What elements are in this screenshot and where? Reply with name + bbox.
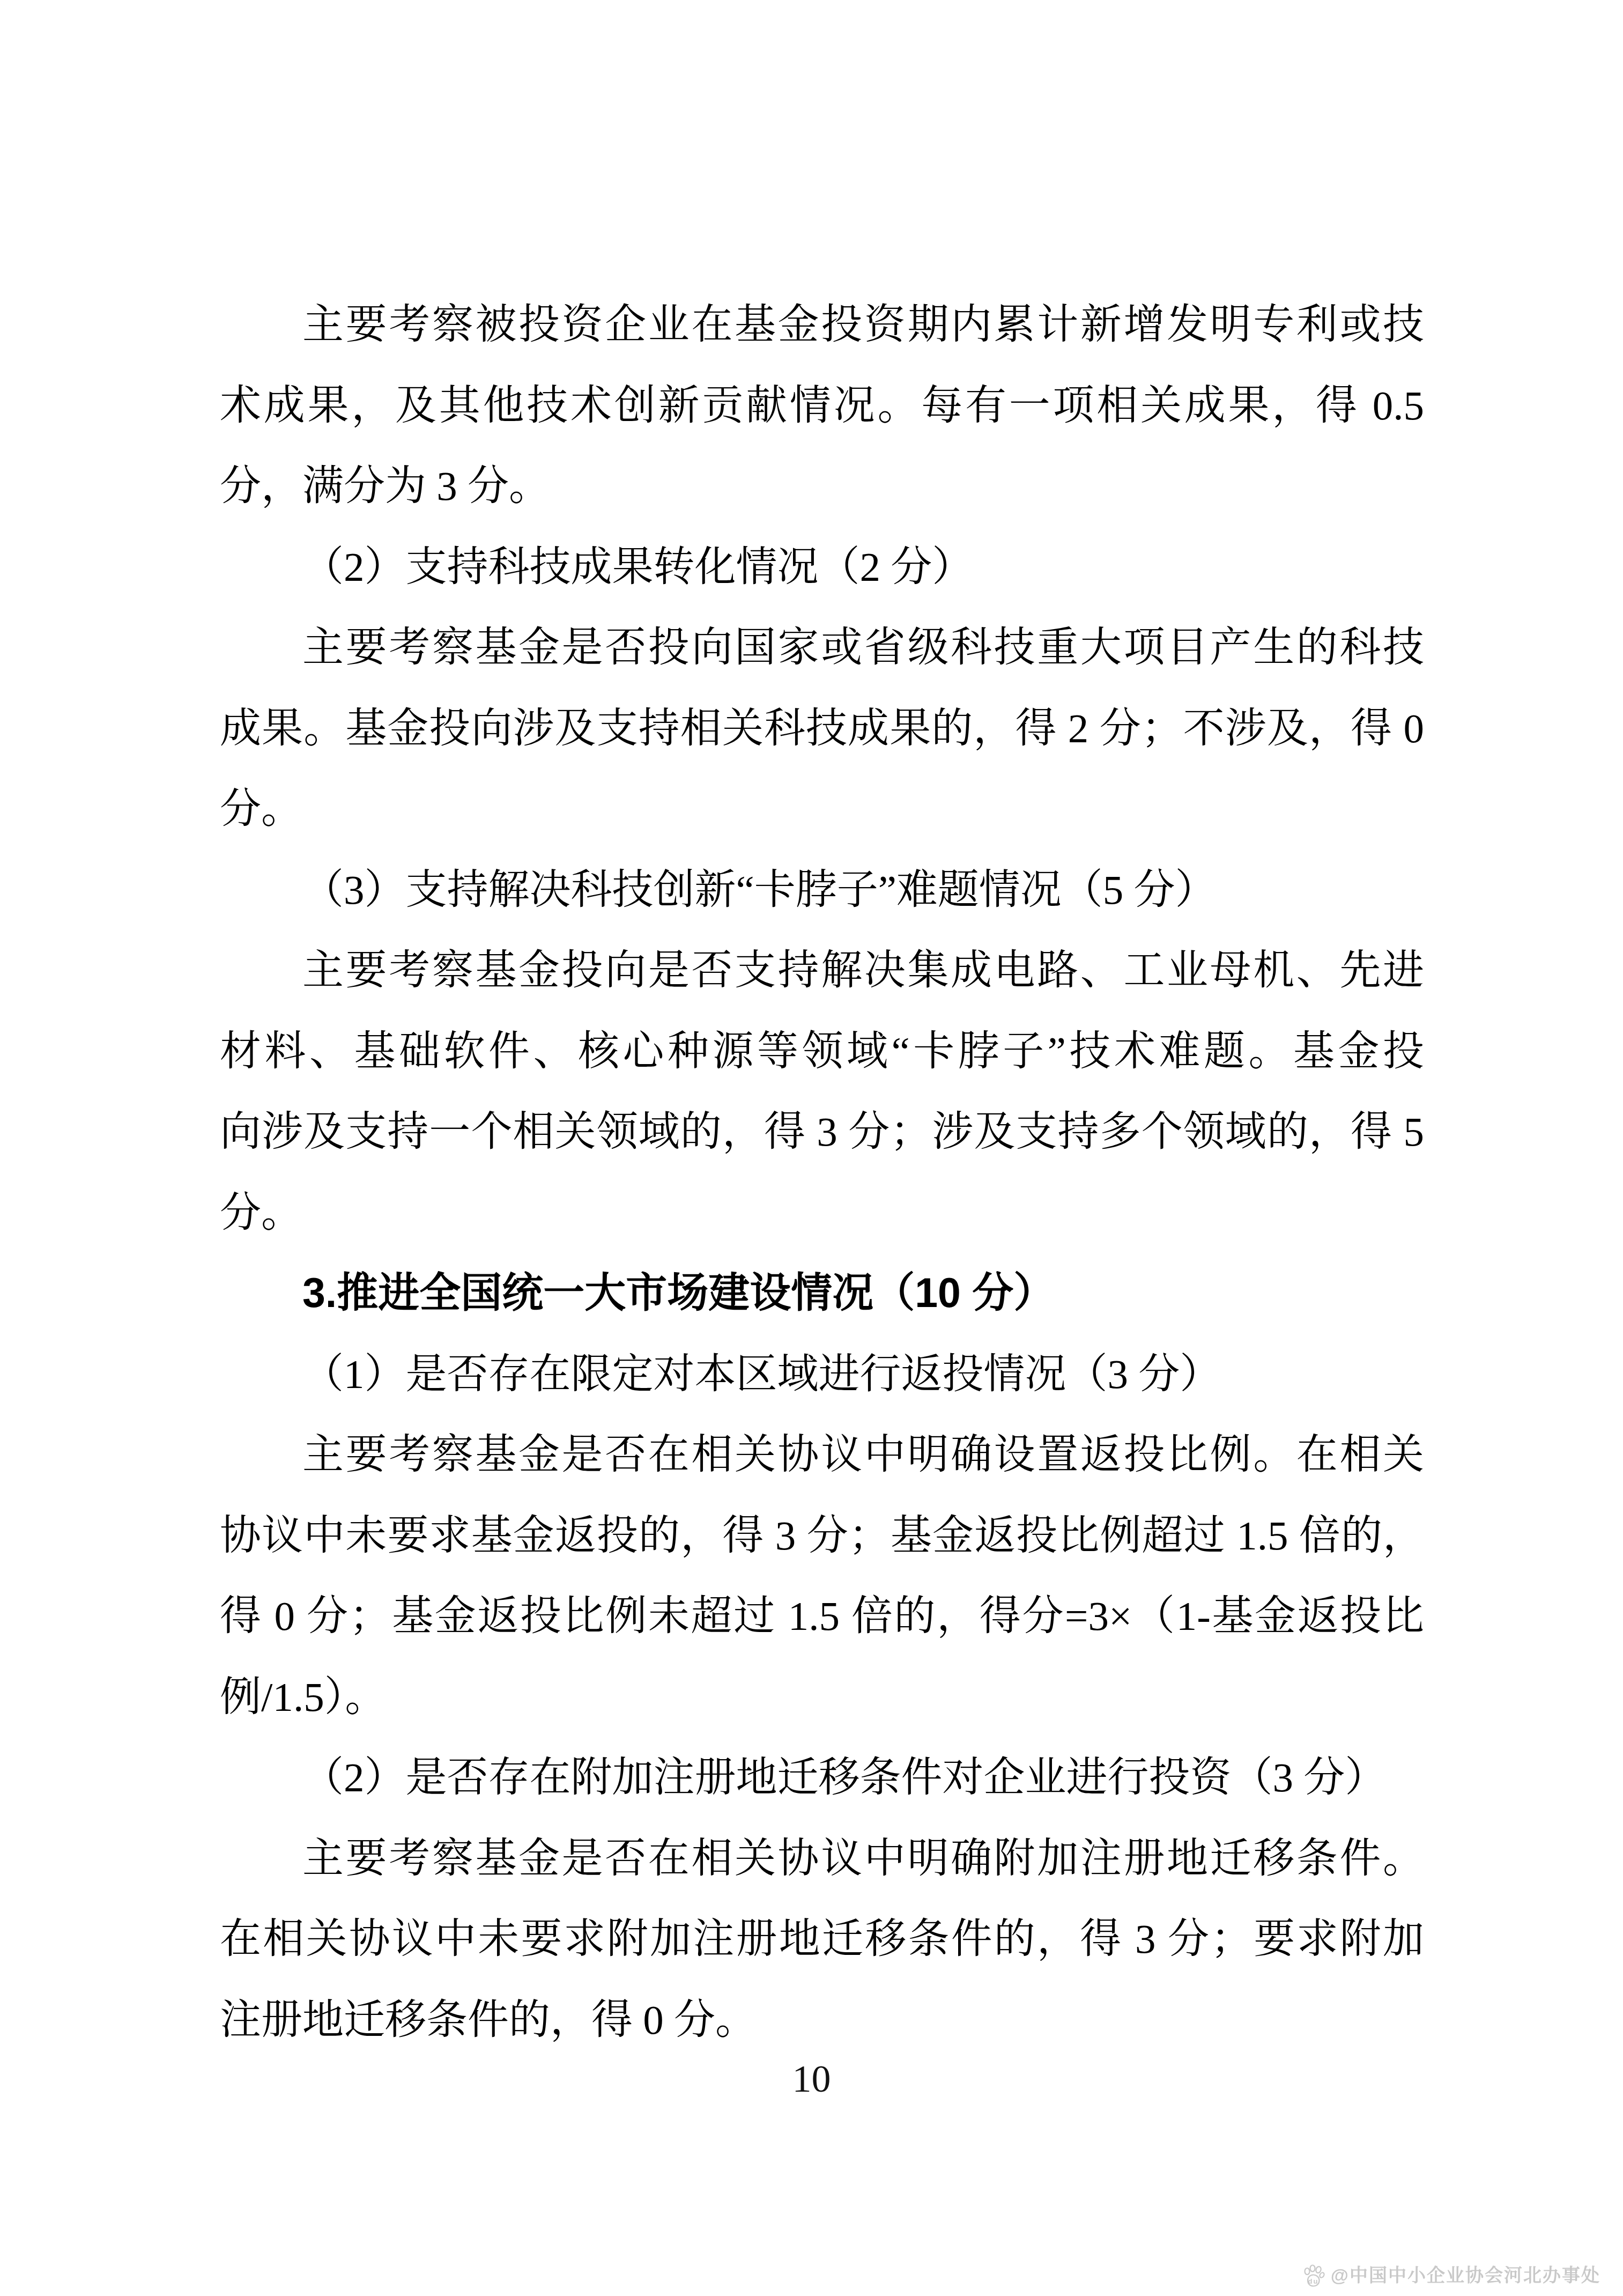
page-number: 10 xyxy=(0,2057,1623,2100)
watermark: du @中国中小企业协会河北办事处 xyxy=(1302,2264,1600,2287)
text-line: 成果。基金投向涉及支持相关科技成果的，得 2 分；不涉及，得 0 xyxy=(220,688,1424,769)
watermark-text: @中国中小企业协会河北办事处 xyxy=(1331,2264,1600,2287)
text-line: （3）支持解决科技创新“卡脖子”难题情况（5 分） xyxy=(220,850,1424,931)
section-heading: 3.推进全国统一大市场建设情况（10 分） xyxy=(220,1253,1424,1334)
text-line: 注册地迁移条件的，得 0 分。 xyxy=(220,1980,1424,2061)
text-line: 协议中未要求基金返投的，得 3 分；基金返投比例超过 1.5 倍的， xyxy=(220,1495,1424,1576)
text-line: 例/1.5）。 xyxy=(220,1657,1424,1738)
text-line: 分，满分为 3 分。 xyxy=(220,446,1424,527)
text-line: （2）支持科技成果转化情况（2 分） xyxy=(220,527,1424,608)
text-line: 得 0 分；基金返投比例未超过 1.5 倍的，得分=3×（1-基金返投比 xyxy=(220,1576,1424,1657)
text-line: 主要考察被投资企业在基金投资期内累计新增发明专利或技 xyxy=(220,284,1424,365)
document-page: 主要考察被投资企业在基金投资期内累计新增发明专利或技术成果，及其他技术创新贡献情… xyxy=(0,0,1623,2296)
text-line: 在相关协议中未要求附加注册地迁移条件的，得 3 分；要求附加 xyxy=(220,1899,1424,1980)
text-line: 向涉及支持一个相关领域的，得 3 分；涉及支持多个领域的，得 5 xyxy=(220,1091,1424,1172)
text-line: 材料、基础软件、核心种源等领域“卡脖子”技术难题。基金投 xyxy=(220,1011,1424,1092)
svg-text:du: du xyxy=(1308,2277,1318,2285)
text-line: 主要考察基金是否投向国家或省级科技重大项目产生的科技 xyxy=(220,607,1424,688)
baidu-paw-icon: du xyxy=(1302,2264,1325,2287)
text-line: （2）是否存在附加注册地迁移条件对企业进行投资（3 分） xyxy=(220,1737,1424,1818)
text-line: 分。 xyxy=(220,1172,1424,1253)
text-line: 分。 xyxy=(220,769,1424,850)
text-line: 术成果，及其他技术创新贡献情况。每有一项相关成果，得 0.5 xyxy=(220,365,1424,446)
text-line: 主要考察基金是否在相关协议中明确设置返投比例。在相关 xyxy=(220,1414,1424,1495)
text-line: 主要考察基金是否在相关协议中明确附加注册地迁移条件。 xyxy=(220,1818,1424,1899)
text-line: （1）是否存在限定对本区域进行返投情况（3 分） xyxy=(220,1334,1424,1415)
document-body: 主要考察被投资企业在基金投资期内累计新增发明专利或技术成果，及其他技术创新贡献情… xyxy=(220,284,1424,2060)
text-line: 主要考察基金投向是否支持解决集成电路、工业母机、先进 xyxy=(220,930,1424,1011)
